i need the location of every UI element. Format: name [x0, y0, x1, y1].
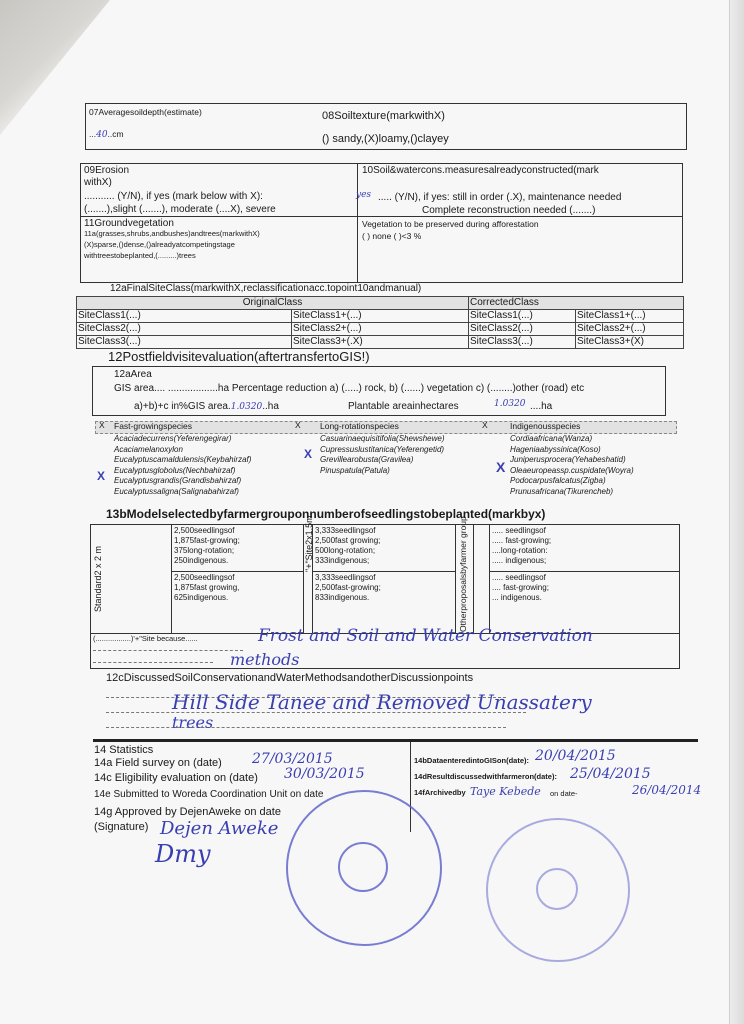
erosion-label-2: withX) — [84, 177, 112, 189]
ground-vegetation-line1: 11a(grasses,shrubs,andbushes)andtrees(ma… — [84, 230, 260, 239]
site-because-handwriting-2: methods — [230, 650, 299, 669]
statistics-title: 14 Statistics — [94, 744, 153, 757]
form-page: 07Averagesoildepth(estimate) ...40..cm 0… — [0, 0, 744, 1024]
site-option-b[interactable]: 3,333seedlingsof2,500fast-growing;833ind… — [315, 573, 381, 603]
divider — [473, 524, 474, 633]
gis-area-line[interactable]: GIS area.... ..................ha Percen… — [114, 383, 584, 395]
fast-growing-header: Fast-growingspecies — [114, 422, 192, 432]
gis-entered-label: 14bDataenteredintoGISon(date): — [414, 757, 529, 766]
eligibility-date[interactable]: 30/03/2015 — [284, 766, 365, 782]
field-survey-date[interactable]: 27/03/2015 — [252, 751, 333, 767]
signature-label: (Signature) — [94, 821, 148, 834]
divider — [171, 524, 172, 633]
table-row: SiteClass2(...) SiteClass2+(...) SiteCla… — [77, 323, 684, 336]
model-selection-title: 13bModelselectedbyfarmergrouponnumberofs… — [106, 508, 545, 522]
site-because-handwriting: Frost and Soil and Water Conservation — [258, 626, 593, 646]
submitted-label: 14e Submitted to Woreda Coordination Uni… — [94, 789, 323, 801]
site-class-cell[interactable]: SiteClass2+(...) — [292, 323, 469, 336]
site-class-cell[interactable]: SiteClass1(...) — [77, 310, 292, 323]
gis-entered-date[interactable]: 20/04/2015 — [535, 748, 616, 764]
divider — [171, 571, 303, 572]
species-item[interactable]: Acaciadecurrens(Yeferengegirar) — [114, 434, 251, 445]
standard-option-b[interactable]: 2,500seedlingsof1,875fast growing,625ind… — [174, 573, 239, 603]
plantable-area-unit: ....ha — [530, 401, 552, 413]
other-proposals-label: Otherproposalsbyfarmer group — [458, 516, 468, 632]
approved-label: 14g Approved by DejenAweke on date — [94, 806, 281, 819]
species-item[interactable]: Cordiaafricana(Wanza) — [510, 434, 634, 445]
fast-growing-mark[interactable]: X — [99, 421, 105, 431]
swc-answer: yes — [356, 190, 371, 200]
divider — [489, 524, 490, 633]
standard-label: Standard2 x 2 m — [93, 546, 103, 612]
site-class-cell[interactable]: SiteClass1(...) — [469, 310, 576, 323]
divider — [312, 571, 455, 572]
fast-growing-list: Acaciadecurrens(Yeferengegirar) Acaciame… — [114, 434, 251, 497]
long-rotation-list: Casuarinaequisitifolia(Shewshewe) Cupres… — [320, 434, 445, 476]
soil-depth-value: ...40..cm — [89, 130, 124, 140]
erosion-yn[interactable]: ........... (Y/N), if yes (mark below wi… — [84, 191, 263, 203]
site-class-cell[interactable]: SiteClass1+(...) — [576, 310, 684, 323]
divider — [455, 524, 456, 633]
swc-reconstruction[interactable]: Complete reconstruction needed (.......) — [422, 205, 595, 217]
soil-texture-label: 08Soiltexture(markwithX) — [322, 110, 445, 123]
long-rotation-header: Long-rotationspecies — [320, 422, 399, 432]
species-item[interactable]: Cupressuslustitanica(Yeferengetid) — [320, 445, 445, 456]
ground-vegetation-line2[interactable]: (X)sparse,()dense,()alreadyatcompetingst… — [84, 241, 235, 250]
swc-label: 10Soil&watercons.measuresalreadyconstruc… — [362, 165, 599, 177]
table-row: SiteClass1(...) SiteClass1+(...) SiteCla… — [77, 310, 684, 323]
species-item[interactable]: Casuarinaequisitifolia(Shewshewe) — [320, 434, 445, 445]
divider — [489, 571, 680, 572]
species-item[interactable]: Prunusafricana(Tikurencheb) — [510, 487, 634, 498]
area-label: 12aArea — [114, 369, 152, 381]
signature-handwriting: Dejen Aweke — [160, 818, 278, 839]
swc-status[interactable]: ..... (Y/N), if yes: still in order (.X)… — [378, 192, 621, 204]
dotted-line — [93, 662, 213, 663]
corrected-class-header: CorrectedClass — [469, 297, 684, 310]
species-item[interactable]: Podocarpusfalcatus(Zigba) — [510, 476, 634, 487]
site-class-cell[interactable]: SiteClass2+(...) — [576, 323, 684, 336]
species-item[interactable]: Eucalyptuscamaldulensis(Keybahirzaf) — [114, 455, 251, 466]
soil-texture-options[interactable]: () sandy,(X)loamy,()clayey — [322, 133, 449, 146]
species-item[interactable]: Oleaeuropeassp.cuspidate(Woyra) — [510, 466, 634, 477]
discussion-handwriting: Hill Side Tanee and Removed Unassatery — [172, 690, 592, 714]
site-option-a[interactable]: 3,333seedlingsof2,500fast growing;500lon… — [315, 526, 380, 566]
indigenous-header: Indigenousspecies — [510, 422, 580, 432]
site-class-title: 12aFinalSiteClass(markwithX,reclassifica… — [110, 283, 421, 295]
archived-date[interactable]: 26/04/2014 — [632, 783, 701, 797]
species-item[interactable]: Acaciamelanoxylon — [114, 445, 251, 456]
indigenous-mark[interactable]: X — [482, 421, 488, 431]
site-class-cell[interactable]: SiteClass3(...) — [77, 336, 292, 349]
long-rotation-mark[interactable]: X — [295, 421, 301, 431]
site-class-cell[interactable]: SiteClass3+(.X) — [292, 336, 469, 349]
section-divider — [93, 739, 698, 742]
original-class-header: OriginalClass — [77, 297, 469, 310]
site-class-cell[interactable]: SiteClass3(...) — [469, 336, 576, 349]
dotted-line — [93, 650, 243, 651]
dotted-line — [106, 727, 506, 728]
official-stamp-2 — [486, 818, 630, 962]
soil-depth-label: 07Averagesoildepth(estimate) — [89, 108, 202, 118]
divider — [357, 163, 358, 283]
species-item[interactable]: Eucalyptusgrandis(Grandisbahirzaf) — [114, 476, 251, 487]
site-class-cell[interactable]: SiteClass2(...) — [77, 323, 292, 336]
erosion-severity[interactable]: (.......),slight (.......), moderate (..… — [84, 204, 276, 216]
site-because-label: (.................)'+"Site because...... — [93, 635, 198, 644]
erosion-label: 09Erosion — [84, 165, 129, 177]
standard-option-a[interactable]: 2,500seedlingsof1,875fast-growing;375lon… — [174, 526, 240, 566]
indigenous-list: Cordiaafricana(Wanza) Hageniaabyssinica(… — [510, 434, 634, 497]
vegetation-preserve-options[interactable]: ( ) none ( )<3 % — [362, 232, 421, 242]
species-item[interactable]: Pinuspatula(Patula) — [320, 466, 445, 477]
site-class-cell[interactable]: SiteClass1+(...) — [292, 310, 469, 323]
ground-vegetation-line3[interactable]: withtreestobeplanted,(.........)trees — [84, 252, 196, 261]
post-field-title: 12Postfieldvisitevaluation(aftertransfer… — [108, 350, 370, 365]
discussion-handwriting-2: trees — [172, 713, 213, 732]
archived-date-label: on date- — [550, 790, 578, 799]
archived-by-label: 14fArchivedby — [414, 789, 466, 798]
eligibility-label: 14c Eligibility evaluation on (date) — [94, 772, 258, 785]
species-item[interactable]: Hageniaabyssinica(Koso) — [510, 445, 634, 456]
site-class-cell[interactable]: SiteClass2(...) — [469, 323, 576, 336]
hand-mark-juniperus: X — [496, 459, 505, 475]
site-class-cell[interactable]: SiteClass3+(X) — [576, 336, 684, 349]
species-item[interactable]: Grevillearobusta(Gravilea) — [320, 455, 445, 466]
page-edge — [729, 0, 744, 1024]
hand-mark-eucalyptus-globolus: X — [97, 470, 105, 484]
site-class-table: OriginalClass CorrectedClass SiteClass1(… — [76, 296, 684, 349]
other-option-b[interactable]: ..... seedlingsof.... fast-growing;... i… — [492, 573, 549, 603]
species-item[interactable]: Eucalyptusglobolus(Nechbahirzaf) — [114, 466, 251, 477]
result-discussed-date[interactable]: 25/04/2015 — [570, 766, 651, 782]
other-option-a[interactable]: ..... seedlingsof..... fast-growing;....… — [492, 526, 551, 566]
species-item[interactable]: Juniperusprocera(Yehabeshatid) — [510, 455, 634, 466]
table-row: SiteClass3(...) SiteClass3+(.X) SiteClas… — [77, 336, 684, 349]
site-label: "+"Site2x1.5m — [304, 515, 314, 572]
archived-by-name[interactable]: Taye Kebede — [470, 785, 541, 798]
plantable-area-label: Plantable areainhectares — [348, 401, 459, 413]
discussion-title: 12cDiscussedSoilConservationandWaterMeth… — [106, 672, 473, 685]
gis-area-percent[interactable]: a)+b)+c in%GIS area.1.0320..ha — [134, 401, 279, 413]
species-item[interactable]: Eucalyptussaligna(Salignabahirzaf) — [114, 487, 251, 498]
hand-mark-cupressus: X — [304, 448, 312, 462]
plantable-area-value: 1.0320 — [494, 399, 526, 409]
ground-vegetation-label: 11Groundvegetation — [84, 218, 174, 230]
vegetation-preserve-label: Vegetation to be preserved during affore… — [362, 220, 539, 230]
field-survey-label: 14a Field survey on (date) — [94, 757, 222, 770]
official-stamp-1 — [286, 790, 442, 946]
initials-handwriting: Dmy — [155, 840, 211, 868]
result-discussed-label: 14dResultdiscussedwithfarmeron(date): — [414, 773, 557, 782]
